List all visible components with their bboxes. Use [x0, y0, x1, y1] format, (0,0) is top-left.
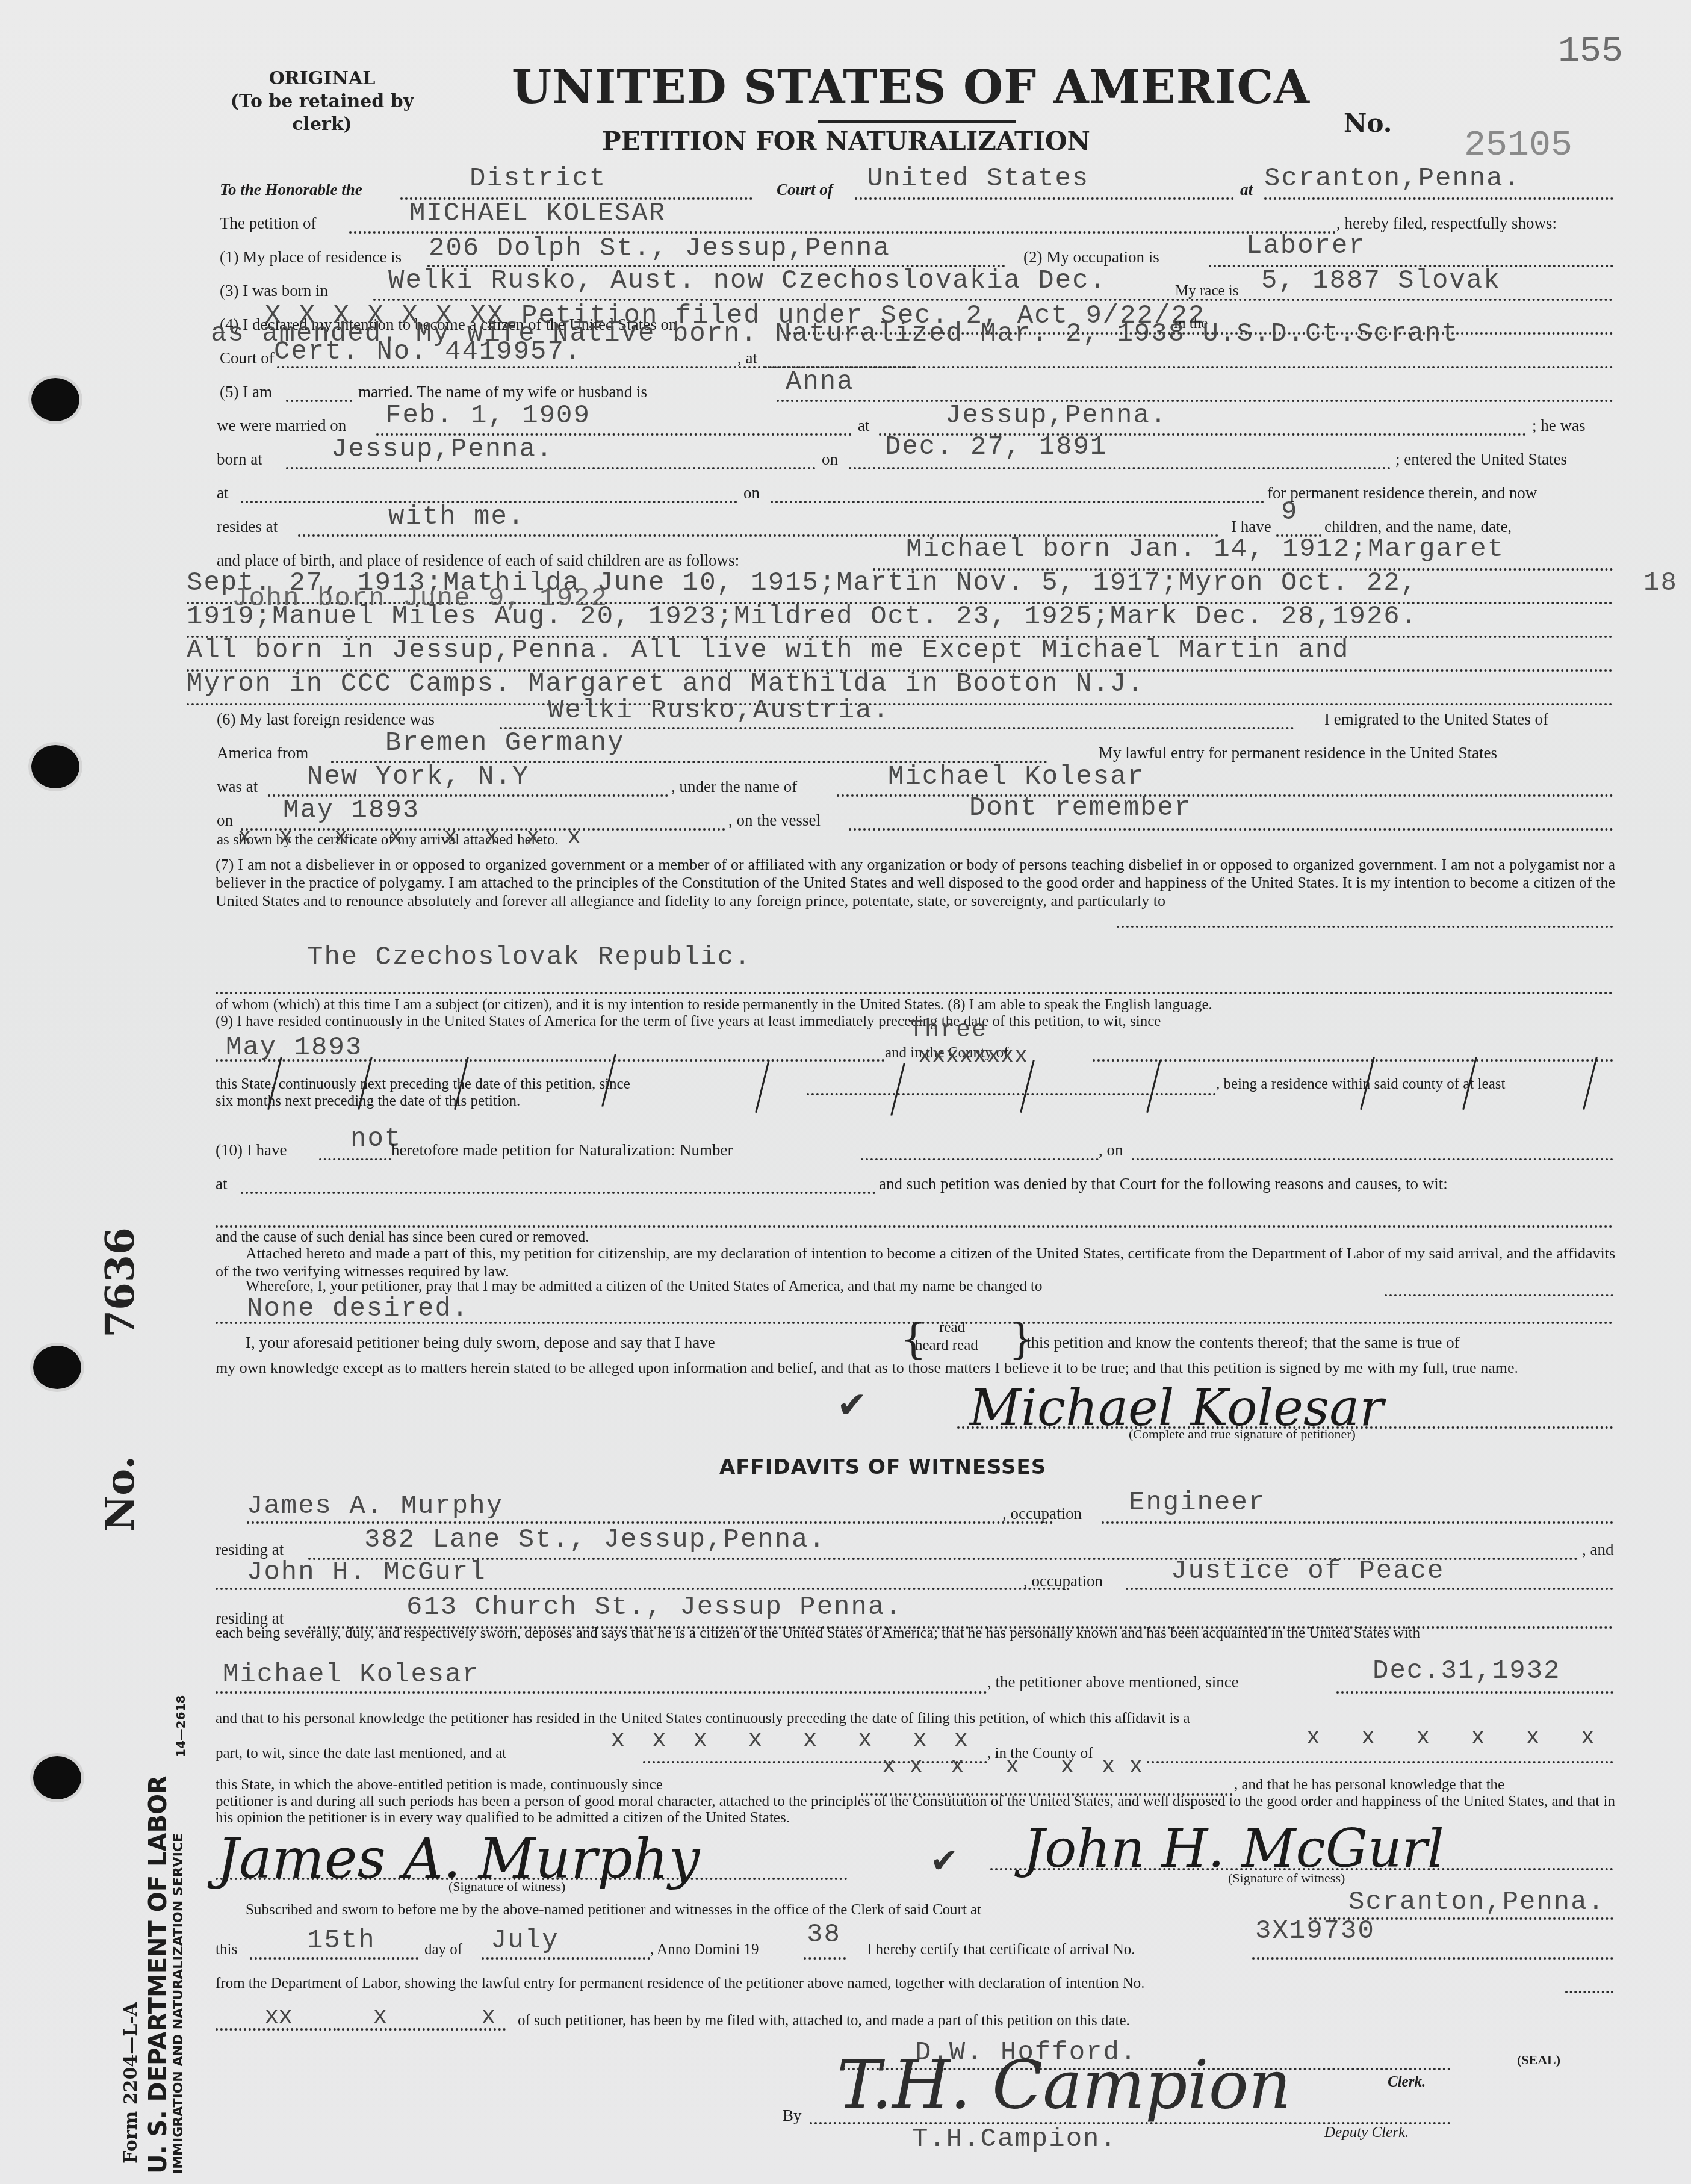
children-count: 9	[1281, 497, 1298, 527]
witness-sworn-text: each being severally, duly, and respecti…	[216, 1625, 1615, 1642]
at-label-4: , at	[737, 349, 757, 368]
resides-value: with me.	[388, 502, 525, 532]
margin-number: No. 7636	[96, 1227, 143, 1532]
item-7-text: (7) I am not a disbeliever in or opposed…	[216, 856, 1615, 910]
cert-number: Cert. No. 4419957.	[274, 337, 582, 367]
punch-hole	[31, 745, 79, 788]
married-on-label: we were married on	[217, 416, 346, 435]
wherefore-label: Wherefore, I, your petitioner, pray that…	[246, 1278, 1043, 1295]
punch-hole	[31, 378, 79, 421]
part-xs: x x x x x x x x	[611, 1727, 968, 1753]
jurat-month: July	[491, 1926, 559, 1956]
item-10-at-label: at	[216, 1175, 228, 1193]
part-label: part, to wit, since the date last mentio…	[216, 1745, 506, 1762]
anno-domini-label: , Anno Domini 19	[650, 1941, 759, 1958]
spouse-name: Anna	[786, 367, 854, 397]
lawful-entry-label: My lawful entry for permanent residence …	[1099, 744, 1497, 763]
was-at-label: was at	[217, 778, 258, 796]
residence-value: 206 Dolph St., Jessup,Penna	[429, 234, 890, 264]
acquainted-petitioner-name: Michael Kolesar	[223, 1660, 479, 1690]
jurat-year: 38	[807, 1920, 841, 1950]
deputy-clerk-label: Deputy Clerk.	[1324, 2124, 1409, 2141]
married-at-label: at	[858, 416, 870, 435]
race-label: My race is	[1175, 283, 1239, 300]
check-mark-icon: ✔	[930, 1842, 958, 1881]
title-rule	[818, 120, 1016, 123]
spouse-born-at: Jessup,Penna.	[331, 435, 553, 465]
witness-county-xs: x x x x x x	[1306, 1725, 1595, 1751]
hereby-label: , hereby filed, respectfully shows:	[1336, 214, 1557, 233]
resides-label: resides at	[217, 518, 278, 536]
read-option: read	[939, 1319, 965, 1336]
occupation-label: (2) My occupation is	[1023, 248, 1159, 267]
margin-number-value: 7636	[96, 1227, 143, 1338]
petitioner-name: MICHAEL KOLESAR	[409, 199, 666, 229]
this-label: this	[216, 1941, 237, 1958]
check-mark-icon: ✔	[837, 1384, 867, 1426]
such-petitioner-label: of such petitioner, has been by me filed…	[518, 2012, 1130, 2029]
day-of-label: day of	[424, 1941, 462, 1958]
original-label: ORIGINAL	[214, 67, 430, 90]
item-10-label-2: heretofore made petition for Naturalizat…	[391, 1141, 733, 1160]
strike-mark	[1146, 1060, 1161, 1113]
clerk-label: Clerk.	[1388, 2074, 1426, 2091]
strike-mark	[890, 1063, 905, 1116]
witness-2-name: John H. McGurl	[247, 1558, 486, 1588]
residence-label: (1) My place of residence is	[220, 248, 402, 267]
spouse-label: married. The name of my wife or husband …	[358, 383, 647, 401]
strike-mark	[1583, 1057, 1598, 1110]
children-margin-mark: 18	[1643, 568, 1678, 598]
court-at-label: at	[1240, 181, 1253, 199]
court-of-label: Court of	[777, 181, 833, 199]
born-label: (3) I was born in	[220, 282, 328, 300]
emigrated-from-value: Bremen Germany	[385, 728, 625, 758]
strike-mark	[755, 1060, 770, 1113]
born-date-race: 5, 1887 Slovak	[1261, 266, 1501, 296]
department-label: from the Department of Labor, showing th…	[216, 1975, 1145, 1992]
witness-2-occupation: Justice of Peace	[1171, 1556, 1444, 1586]
emigrated-label: I emigrated to the United States of	[1324, 710, 1548, 729]
known-since-value: Dec.31,1932	[1373, 1656, 1560, 1686]
jurat-x-2: x	[373, 2004, 387, 2030]
vessel-value: Dont remember	[969, 793, 1191, 823]
witness-1-signature-caption: (Signature of witness)	[448, 1879, 565, 1895]
court-of-label-4: Court of	[220, 349, 275, 368]
witness-2-residence: 613 Church St., Jessup Penna.	[406, 1592, 902, 1623]
attached-text: Attached hereto and made a part of this,…	[216, 1245, 1615, 1281]
department-name: U. S. DEPARTMENT OF LABOR	[144, 1775, 172, 2174]
heard-read-option: heard read	[915, 1337, 978, 1354]
witness-1-name: James A. Murphy	[247, 1491, 503, 1521]
margin-number-prefix: No.	[96, 1456, 143, 1532]
entry-port-value: New York, N.Y	[307, 762, 529, 792]
name-change-value: None desired.	[247, 1294, 469, 1324]
item-10-on-label: , on	[1099, 1141, 1123, 1160]
sworn-label-c: my own knowledge except as to matters he…	[216, 1359, 1615, 1377]
jurat-location: Scranton,Penna.	[1348, 1887, 1605, 1917]
punch-hole	[33, 1756, 81, 1799]
print-code: 14—2618	[173, 1695, 188, 1758]
witness-2-occupation-label: , occupation	[1023, 1572, 1103, 1591]
vessel-label: , on the vessel	[728, 811, 821, 830]
document-title: UNITED STATES OF AMERICA	[512, 60, 1310, 114]
seal-label: (SEAL)	[1517, 2052, 1560, 2068]
court-type: District	[470, 164, 606, 194]
naturalization-petition-page: ORIGINAL (To be retained by clerk) UNITE…	[0, 0, 1691, 2184]
shown-by-xs: x x x x x x x x	[238, 824, 581, 850]
entered-label: ; entered the United States	[1395, 450, 1567, 469]
children-line-1: Michael born Jan. 14, 1912;Margaret	[906, 534, 1504, 565]
jurat-x-1: xx	[265, 2004, 293, 2030]
service-name: IMMIGRATION AND NATURALIZATION SERVICE	[171, 1833, 186, 2174]
jurat-day: 15th	[307, 1926, 376, 1956]
item-9-label: (9) I have resided continuously in the U…	[216, 1013, 1161, 1030]
married-at-value: Jessup,Penna.	[945, 401, 1167, 431]
foreign-residence-label: (6) My last foreign residence was	[217, 710, 435, 729]
jurat-x-3: x	[482, 2004, 495, 2030]
spouse-born-on: Dec. 27, 1891	[885, 432, 1107, 462]
witness-2-signature-caption: (Signature of witness)	[1228, 1870, 1345, 1886]
county-xs: xxxxxxxx	[918, 1044, 1028, 1069]
witness-state-label: this State, in which the above-entitled …	[216, 1777, 663, 1793]
married-label: (5) I am	[220, 383, 272, 401]
witness-1-residence: 382 Lane St., Jessup,Penna.	[364, 1525, 826, 1555]
witness-1-residing-label: residing at	[216, 1541, 284, 1559]
witness-state-xs: x x x x x x x	[882, 1754, 1143, 1780]
petition-number: 25105	[1464, 125, 1572, 166]
children-line-3: 1919;Manuel Miles Aug. 20, 1923;Mildred …	[187, 602, 1418, 632]
form-number: Form 2204—L-A	[120, 2002, 141, 2164]
he-was-label: ; he was	[1532, 416, 1585, 435]
item-10-denied-label: and such petition was denied by that Cou…	[879, 1175, 1448, 1193]
children-line-5: Myron in CCC Camps. Margaret and Mathild…	[187, 669, 1144, 699]
to-honorable-label: To the Honorable the	[220, 181, 362, 199]
of-whom-label: of whom (which) at this time I am a subj…	[216, 997, 1212, 1013]
petition-of-label: The petition of	[220, 214, 316, 233]
being-residence-label: , being a residence within said county o…	[1216, 1076, 1505, 1093]
affidavits-heading: AFFIDAVITS OF WITNESSES	[719, 1455, 1046, 1479]
personal-knowledge-label: , and that he has personal knowledge tha…	[1234, 1777, 1504, 1793]
court-name: United States	[867, 164, 1089, 194]
under-name-label: , under the name of	[671, 778, 797, 796]
entry-date-value: May 1893	[283, 796, 420, 826]
denial-cured-label: and the cause of such denial has since b…	[216, 1229, 589, 1246]
document-subtitle: PETITION FOR NATURALIZATION	[602, 126, 1090, 156]
born-place: Welki Rusko, Aust. now Czechoslovakia De…	[388, 266, 1106, 296]
children-label: children, and the name, date,	[1324, 518, 1512, 536]
entered-at-label: at	[217, 484, 229, 503]
court-location: Scranton,Penna.	[1264, 164, 1521, 194]
children-intro-label: and place of birth, and place of residen…	[217, 551, 739, 570]
six-months-label: six months next preceding the date of th…	[216, 1093, 520, 1110]
deputy-signature: T.H. Campion	[837, 2046, 1291, 2123]
children-line-4: All born in Jessup,Penna. All live with …	[187, 636, 1350, 666]
and-label: , and	[1582, 1541, 1613, 1559]
sworn-label-a: I, your aforesaid petitioner being duly …	[246, 1334, 715, 1352]
have-label: I have	[1231, 518, 1271, 536]
page-stamp: 155	[1558, 31, 1623, 72]
knowledge-text: and that to his personal knowledge the p…	[216, 1710, 1190, 1727]
petitioner-signature-caption: (Complete and true signature of petition…	[1129, 1426, 1356, 1442]
witness-1-occupation-label: , occupation	[1002, 1505, 1082, 1523]
certify-label: I hereby certify that certificate of arr…	[867, 1941, 1135, 1958]
number-label: No.	[1344, 108, 1392, 138]
entry-name-value: Michael Kolesar	[888, 762, 1144, 792]
this-state-label: this State, continuously next preceding …	[216, 1076, 630, 1093]
by-label: By	[783, 2106, 802, 2125]
clerk-label: clerk)	[214, 113, 430, 136]
sworn-label-b: this petition and know the contents ther…	[1026, 1334, 1460, 1352]
original-label-block: ORIGINAL (To be retained by clerk)	[214, 67, 430, 136]
america-from-label: America from	[217, 744, 308, 763]
spouse-born-label: born at	[217, 450, 262, 469]
deputy-name: T.H.Campion.	[912, 2124, 1117, 2155]
arrival-cert-number: 3X19730	[1255, 1916, 1375, 1946]
subscribed-label: Subscribed and sworn to before me by the…	[246, 1902, 981, 1919]
petitioner-since-label: , the petitioner above mentioned, since	[987, 1673, 1239, 1692]
term-overlay: Three	[909, 1017, 987, 1044]
retained-label: (To be retained by	[214, 90, 430, 113]
entered-on-label: on	[743, 484, 760, 503]
foreign-residence-value: Welki Rusko,Austria.	[548, 696, 890, 726]
resided-since-value: May 1893	[226, 1033, 362, 1063]
entry-on-label: on	[217, 811, 233, 830]
renounce-sovereign: The Czechoslovak Republic.	[307, 942, 752, 973]
spouse-born-on-label: on	[822, 450, 838, 469]
punch-hole	[33, 1346, 81, 1389]
witness-1-occupation: Engineer	[1129, 1488, 1265, 1518]
permanent-label: for permanent residence therein, and now	[1267, 484, 1537, 503]
married-on-value: Feb. 1, 1909	[385, 401, 591, 431]
occupation-value: Laborer	[1246, 231, 1366, 261]
item-10-label: (10) I have	[216, 1141, 287, 1160]
